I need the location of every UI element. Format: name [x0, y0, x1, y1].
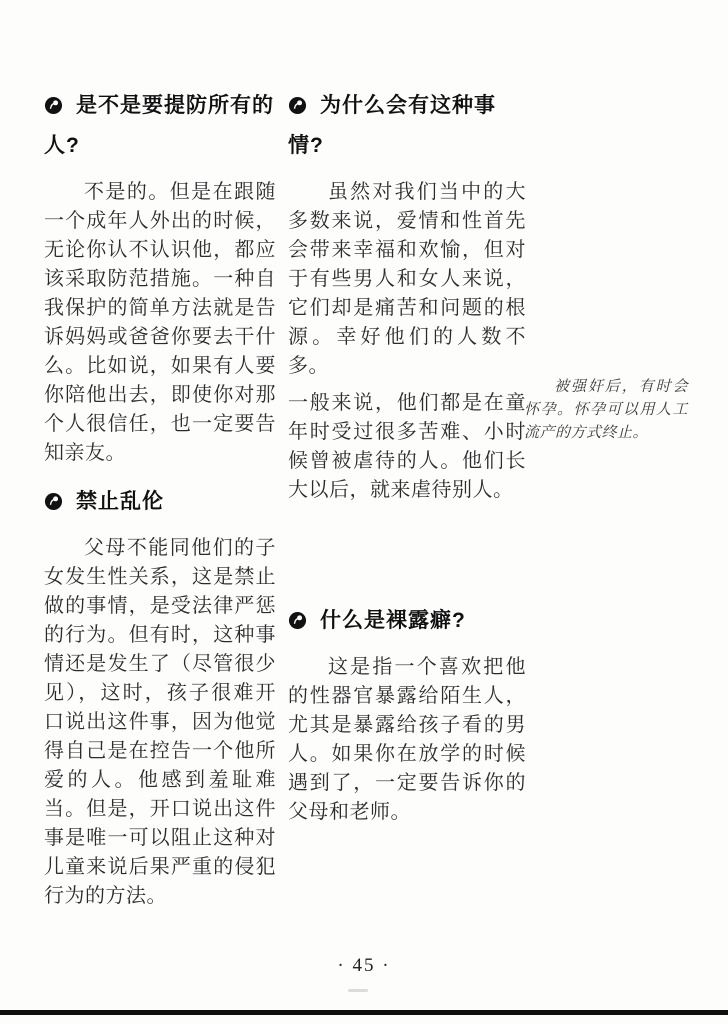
- section-q4-title-text: 什么是裸露癖?: [320, 609, 466, 632]
- bottom-scan-edge: [0, 1010, 728, 1015]
- paragraph: 父母不能同他们的子女发生性关系，这是禁止做的事情，是受法律严惩的行为。但有时，这…: [44, 534, 276, 911]
- left-column: 是不是要提防所有的人? 不是的。但是在跟随一个成年人外出的时候，无论你认不认识他…: [44, 86, 276, 911]
- section-q4-title: 什么是裸露癖?: [288, 601, 526, 641]
- section-q3: 为什么会有这种事情? 虽然对我们当中的大多数来说，爱情和性首先会带来幸福和欢愉，…: [288, 86, 526, 505]
- paragraph: 虽然对我们当中的大多数来说，爱情和性首先会带来幸福和欢愉，但对于有些男人和女人来…: [288, 178, 526, 381]
- bullet-icon: [44, 96, 63, 115]
- section-q1-title: 是不是要提防所有的人?: [44, 86, 276, 166]
- page-number: · 45 ·: [0, 955, 728, 977]
- paragraph: 这是指一个喜欢把他的性器官暴露给陌生人，尤其是暴露给孩子看的男人。如果你在放学的…: [288, 653, 526, 827]
- section-q4: 什么是裸露癖? 这是指一个喜欢把他的性器官暴露给陌生人，尤其是暴露给孩子看的男人…: [288, 601, 526, 827]
- section-q2-title: 禁止乱伦: [44, 482, 276, 522]
- section-q2: 禁止乱伦 父母不能同他们的子女发生性关系，这是禁止做的事情，是受法律严惩的行为。…: [44, 482, 276, 911]
- scan-smudge: [348, 989, 368, 992]
- bullet-icon: [288, 96, 307, 115]
- bullet-icon: [44, 492, 63, 511]
- section-q1-title-text: 是不是要提防所有的人?: [44, 94, 274, 157]
- section-q2-title-text: 禁止乱伦: [76, 490, 164, 513]
- bullet-icon: [288, 611, 307, 630]
- paragraph: 一般来说，他们都是在童年时受过很多苦难、小时候曾被虐待的人。他们长大以后，就来虐…: [288, 389, 526, 505]
- paragraph: 不是的。但是在跟随一个成年人外出的时候，无论你认不认识他，都应该采取防范措施。一…: [44, 178, 276, 468]
- right-column: 为什么会有这种事情? 虽然对我们当中的大多数来说，爱情和性首先会带来幸福和欢愉，…: [288, 86, 526, 827]
- section-q3-title: 为什么会有这种事情?: [288, 86, 526, 166]
- section-q1: 是不是要提防所有的人? 不是的。但是在跟随一个成年人外出的时候，无论你认不认识他…: [44, 86, 276, 468]
- margin-note: 被强奸后，有时会怀孕。怀孕可以用人工流产的方式终止。: [524, 376, 688, 445]
- section-q3-title-text: 为什么会有这种事情?: [288, 94, 496, 157]
- book-page: 是不是要提防所有的人? 不是的。但是在跟随一个成年人外出的时候，无论你认不认识他…: [0, 0, 728, 1024]
